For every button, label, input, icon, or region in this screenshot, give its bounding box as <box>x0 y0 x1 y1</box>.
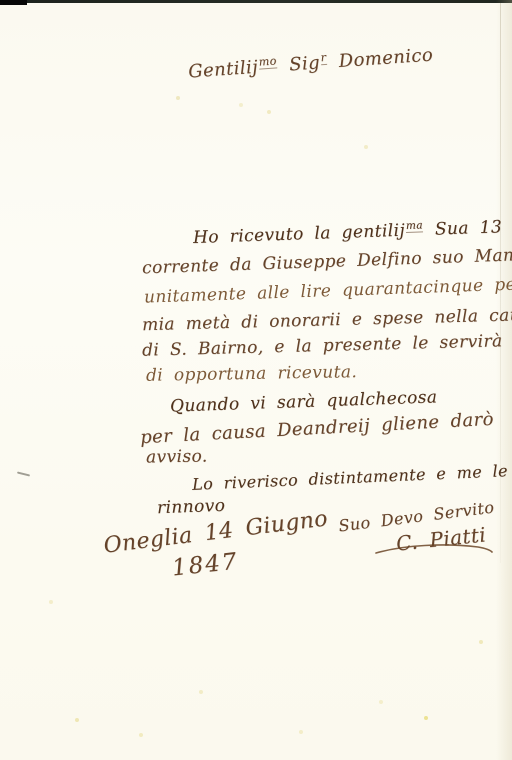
body-line: Quando vi sarà qualchecosa <box>170 387 438 416</box>
salutation-word1: Gentilij <box>188 57 259 83</box>
body-line-text: Sua 13 <box>435 217 503 239</box>
body-line-superscript: ma <box>406 219 424 233</box>
body-line-text: Ho ricevuto la gentilij <box>193 221 406 248</box>
closing-line: Lo riverisco distintamente e me le <box>192 461 509 494</box>
letter-page: Gentilijmo Sigr Domenico Ho ricevuto la … <box>0 0 512 760</box>
salutation-word3: Domenico <box>338 44 434 72</box>
body-line: mia metà di onorarii e spese nella causa <box>142 305 512 335</box>
paper-right-shading <box>496 0 512 760</box>
body-line: corrente da Giuseppe Delfino suo Mandant… <box>142 244 512 279</box>
signature-flourish-underline <box>374 541 494 557</box>
scanner-edge-corner <box>0 0 27 5</box>
stray-pencil-mark <box>17 471 30 476</box>
body-line: di S. Bairno, e la presente le servirà <box>142 331 503 360</box>
body-line: di opportuna ricevuta. <box>146 362 358 386</box>
body-line: avviso. <box>146 446 208 467</box>
body-line: Ho ricevuto la gentilijma Sua 13 <box>193 217 503 248</box>
closing-line: rinnovo <box>157 496 226 518</box>
body-line: unitamente alle lire quarantacinque per <box>144 274 512 307</box>
salutation-word1-superscript: mo <box>258 54 277 69</box>
dateline-year: 1847 <box>171 549 240 582</box>
salutation-word2: Sig <box>289 52 321 75</box>
salutation-line: Gentilijmo Sigr Domenico <box>188 43 434 82</box>
foxing-specks <box>0 0 2 2</box>
salutation-word2-superscript: r <box>320 51 327 65</box>
scanner-edge-top <box>0 0 512 3</box>
